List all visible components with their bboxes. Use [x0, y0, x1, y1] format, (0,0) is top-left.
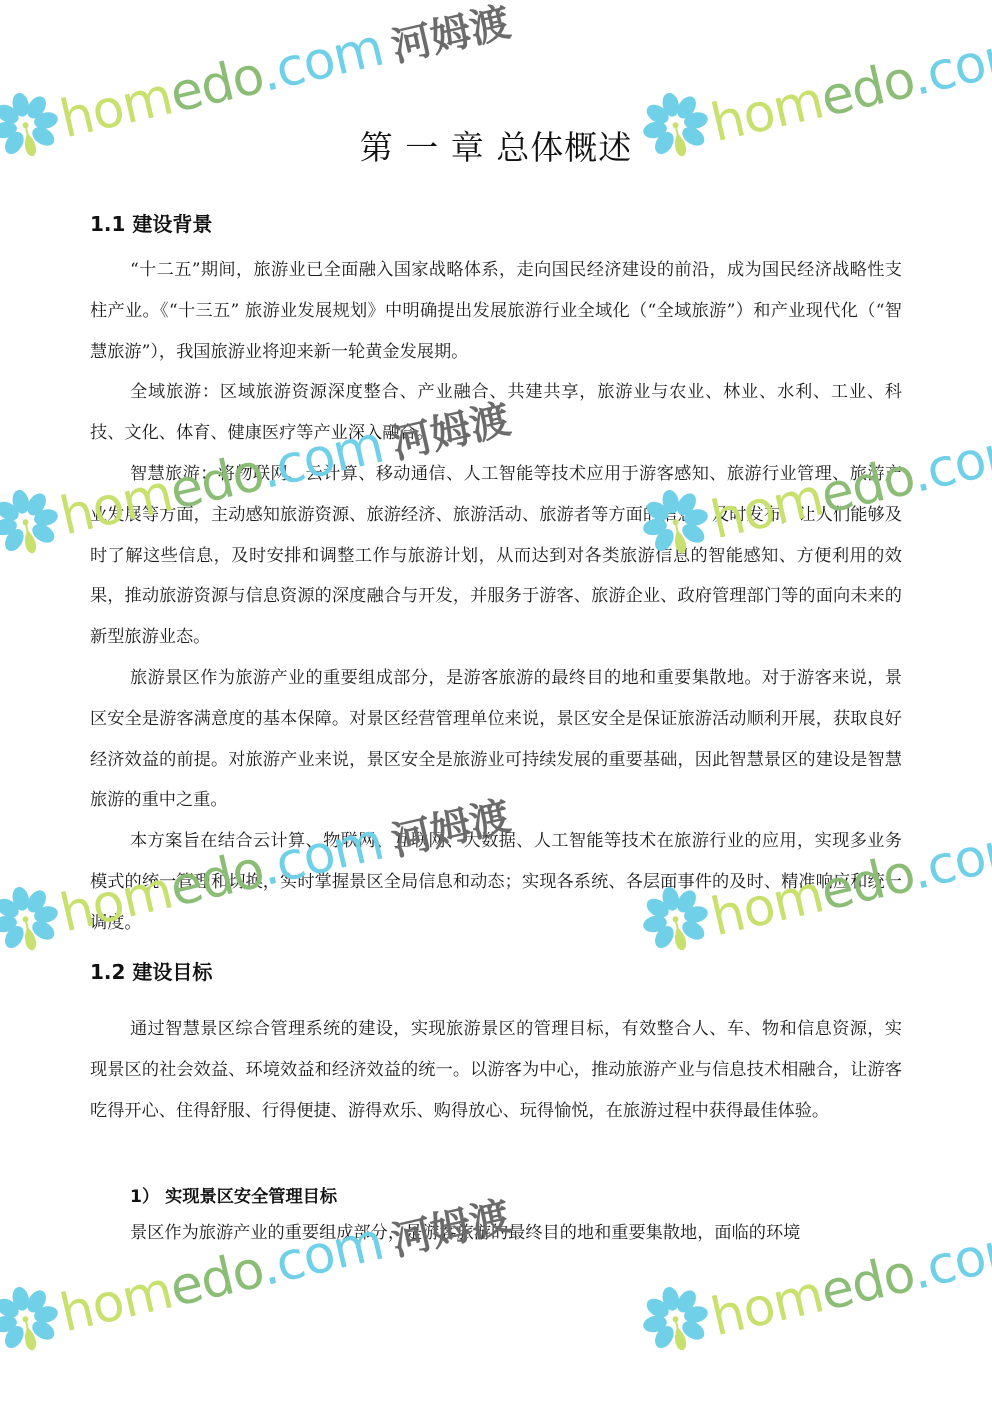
- paragraph: 通过智慧景区综合管理系统的建设，实现旅游景区的管理目标，有效整合人、车、物和信息…: [90, 1009, 902, 1131]
- section-heading-1-1: 1.1 建设背景: [90, 208, 212, 237]
- chapter-title: 第 一 章 总体概述: [0, 122, 992, 169]
- section-heading-1-2: 1.2 建设目标: [90, 956, 212, 985]
- paragraph: 全域旅游：区域旅游资源深度整合、产业融合、共建共享，旅游业与农业、林业、水利、工…: [90, 372, 902, 454]
- document-page: 第 一 章 总体概述 1.1 建设背景 “十二五”期间，旅游业已全面融入国家战略…: [0, 0, 992, 1403]
- paragraph: 景区作为旅游产业的重要组成部分，是游客旅游的最终目的地和重要集散地，面临的环境: [90, 1213, 902, 1254]
- paragraph: “十二五”期间，旅游业已全面融入国家战略体系，走向国民经济建设的前沿，成为国民经…: [90, 250, 902, 372]
- paragraph: 本方案旨在结合云计算、物联网、互联网、大数据、人工智能等技术在旅游行业的应用，实…: [90, 821, 902, 943]
- paragraph: 旅游景区作为旅游产业的重要组成部分，是游客旅游的最终目的地和重要集散地。对于游客…: [90, 658, 902, 821]
- subheading: 1） 实现景区安全管理目标: [130, 1182, 337, 1207]
- paragraph: 智慧旅游：将物联网、云计算、移动通信、人工智能等技术应用于游客感知、旅游行业管理…: [90, 454, 902, 658]
